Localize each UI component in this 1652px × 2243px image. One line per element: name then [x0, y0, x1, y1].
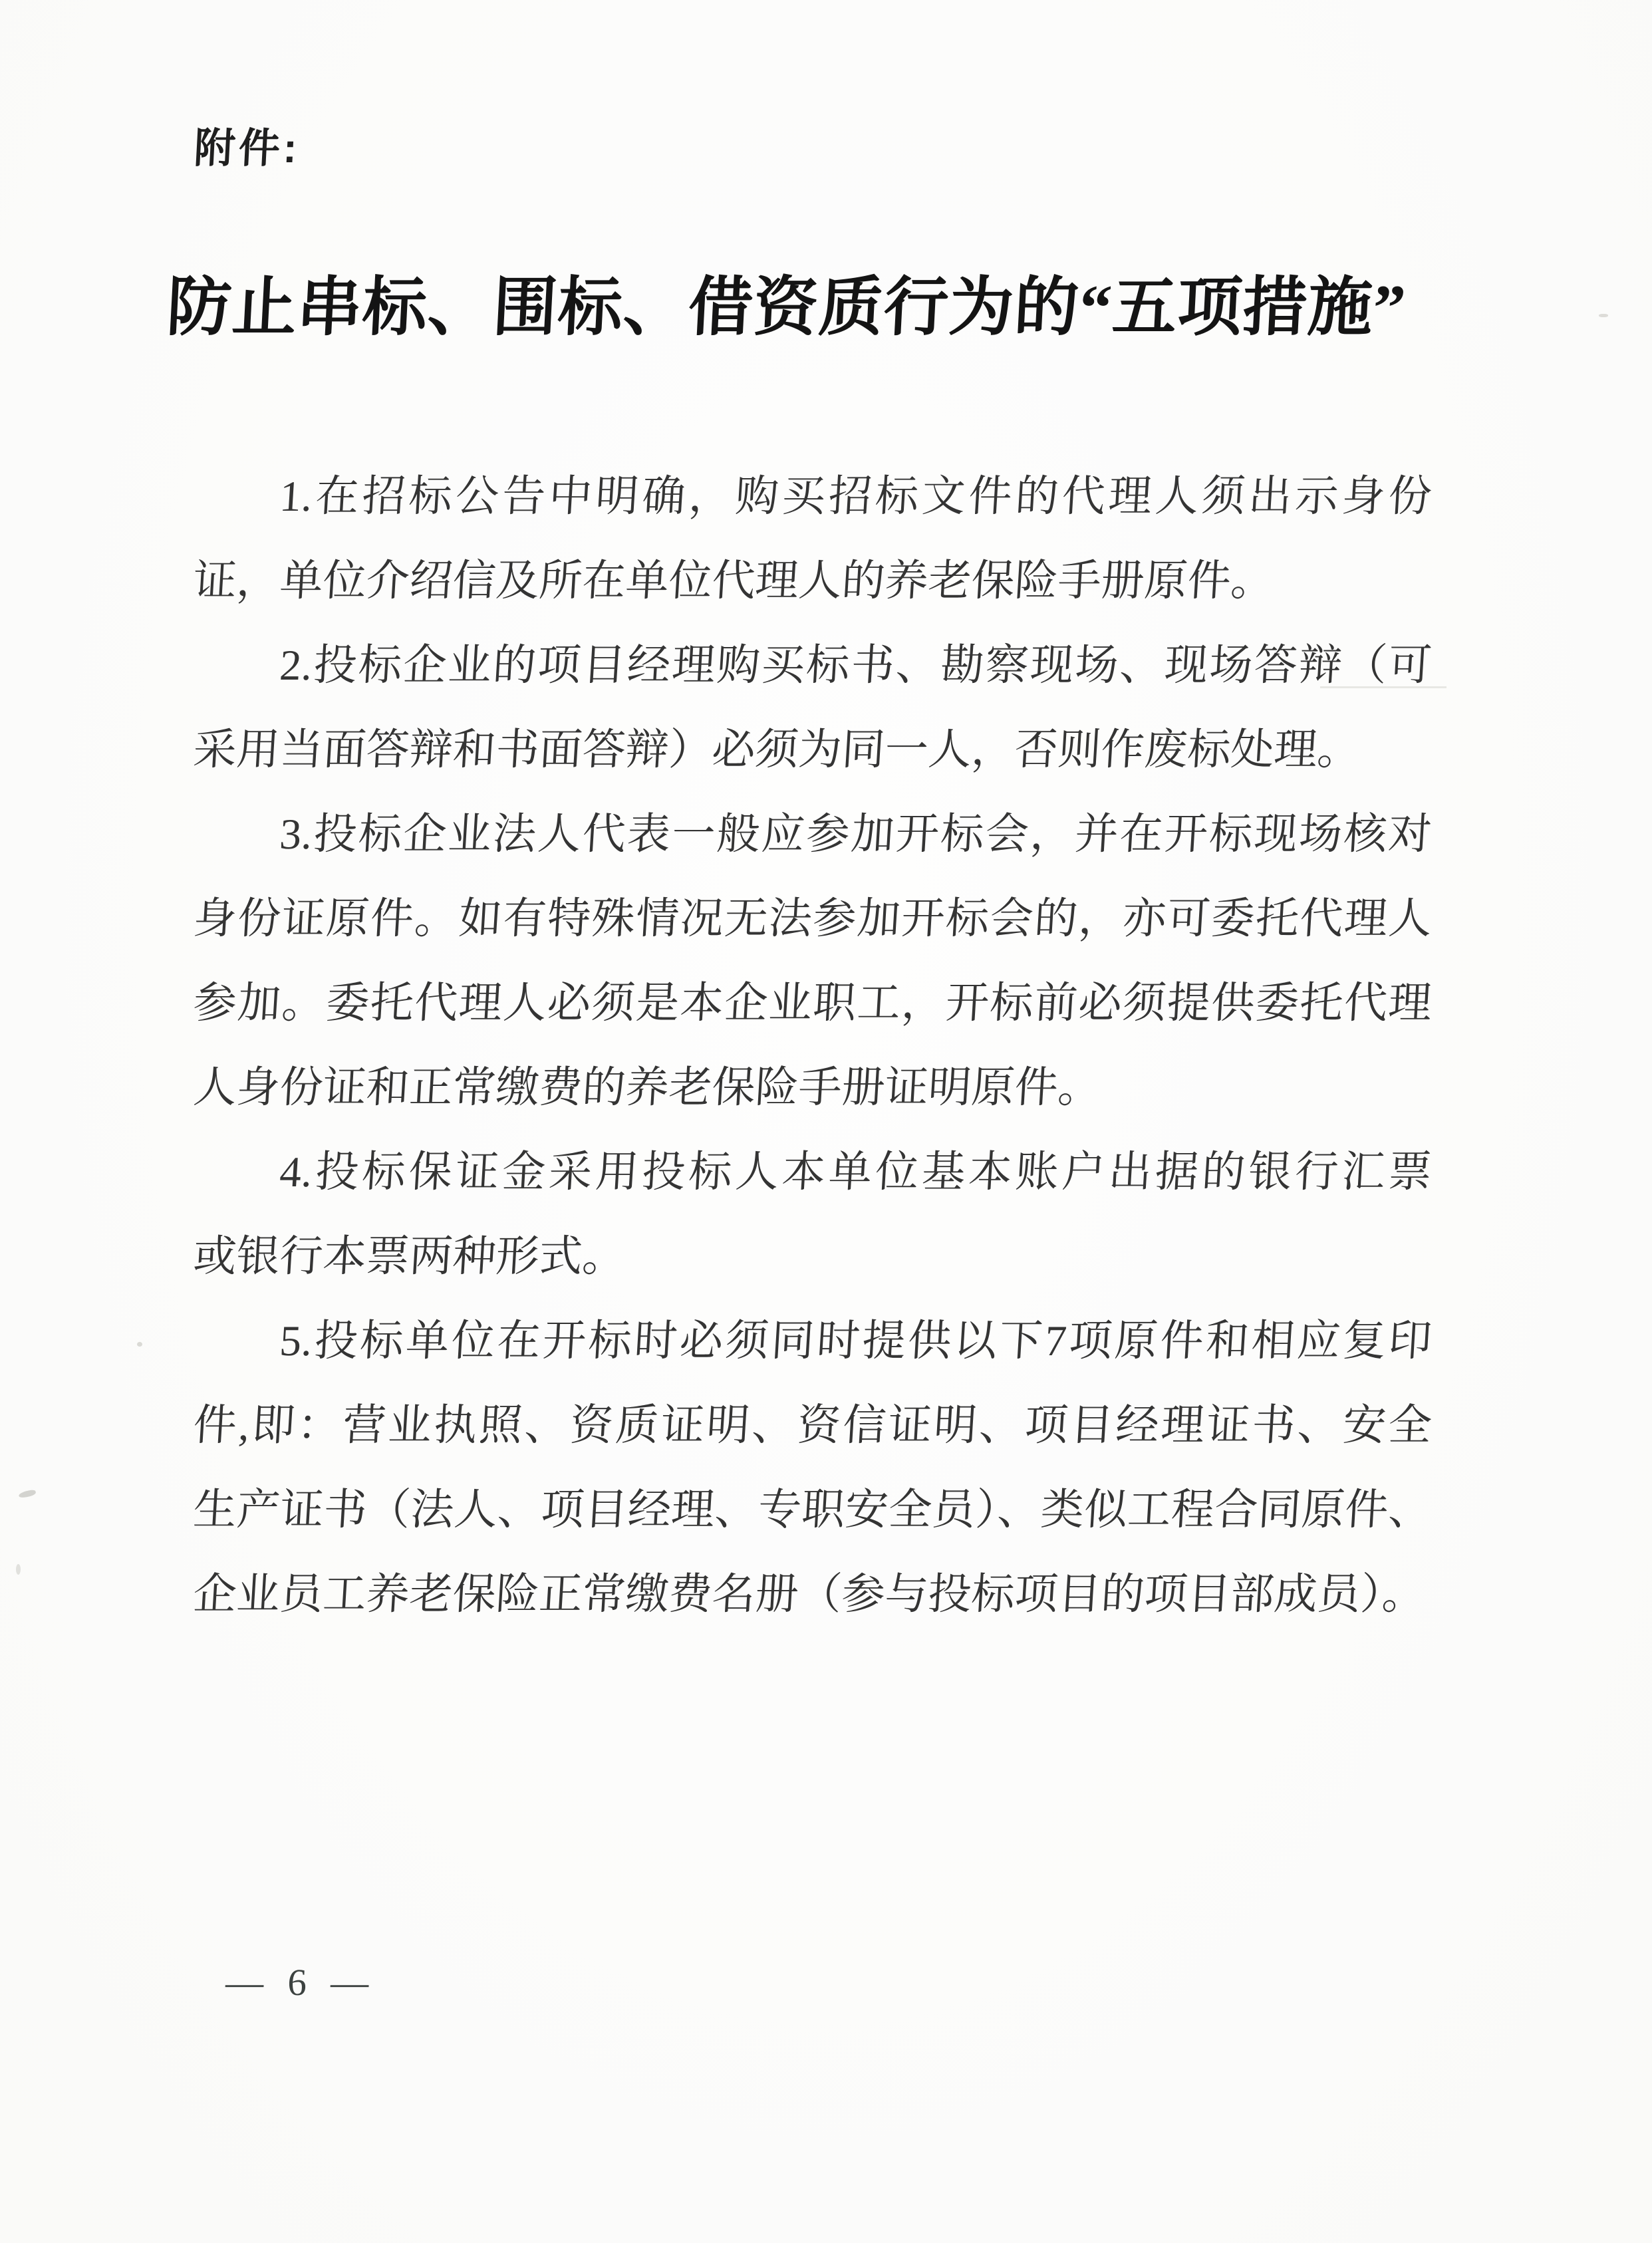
scan-artifact	[1599, 314, 1608, 317]
paragraph-5-line-1: 5.投标单位在开标时必须同时提供以下7项原件和相应复印	[192, 1312, 1433, 1371]
paragraph-1-line-1: 1.在招标公告中明确，购买招标文件的代理人须出示身份	[192, 467, 1433, 526]
paragraph-4-line-1: 4.投标保证金采用投标人本单位基本账户出据的银行汇票	[192, 1143, 1433, 1202]
scan-artifact	[16, 1564, 21, 1575]
paragraph-3-line-3: 参加。委托代理人必须是本企业职工，开标前必须提供委托代理	[192, 974, 1433, 1033]
paragraph-2-line-1: 2.投标企业的项目经理购买标书、勘察现场、现场答辩（可	[192, 636, 1433, 695]
paragraph-5-line-2: 件,即：营业执照、资质证明、资信证明、项目经理证书、安全	[192, 1396, 1433, 1455]
paragraph-3-line-4: 人身份证和正常缴费的养老保险手册证明原件。	[192, 1059, 1433, 1117]
paragraph-3-line-2: 身份证原件。如有特殊情况无法参加开标会的，亦可委托代理人	[192, 890, 1433, 948]
scan-artifact	[18, 1489, 36, 1498]
paragraph-5-line-4: 企业员工养老保险正常缴费名册（参与投标项目的项目部成员）。	[192, 1565, 1433, 1624]
paragraph-5-line-3: 生产证书（法人、项目经理、专职安全员）、类似工程合同原件、	[192, 1481, 1433, 1539]
attachment-label: 附件:	[193, 126, 301, 172]
scan-artifact	[137, 1342, 142, 1347]
paragraph-2-line-2: 采用当面答辩和书面答辩）必须为同一人，否则作废标处理。	[192, 721, 1433, 779]
paragraph-3-line-1: 3.投标企业法人代表一般应参加开标会，并在开标现场核对	[192, 805, 1433, 864]
scanned-document-page: 附件: 防止串标、围标、借资质行为的“五项措施” 1.在招标公告中明确，购买招标…	[0, 0, 1652, 2243]
document-title: 防止串标、围标、借资质行为的“五项措施”	[165, 270, 1408, 346]
paragraph-1-line-2: 证，单位介绍信及所在单位代理人的养老保险手册原件。	[192, 552, 1433, 610]
paragraph-4-line-2: 或银行本票两种形式。	[192, 1228, 1433, 1286]
page-number: — 6 —	[225, 1960, 370, 2006]
